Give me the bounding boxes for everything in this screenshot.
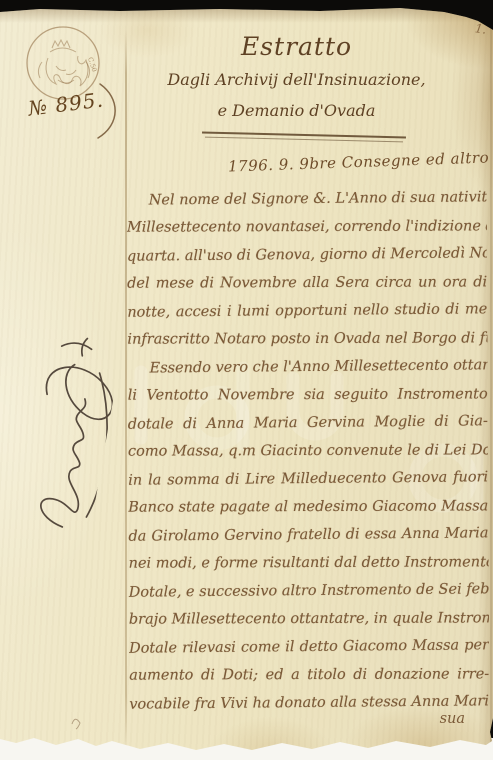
manuscript-line: del mese di Novembre alla Sera circa un …	[127, 268, 487, 297]
document-subtitle-place: e Demanio d'Ovada	[130, 101, 463, 120]
paper-right-edge	[490, 8, 492, 752]
manuscript-line: vocabile fra Vivi ha donato alla stessa …	[129, 687, 489, 718]
stray-ink-mark	[70, 714, 82, 730]
manuscript-line: li Ventotto Novembre sia seguito Instrom…	[128, 380, 488, 409]
manuscript-line: Dotale rilevasi come il detto Giacomo Ma…	[129, 631, 489, 662]
manuscript-line: Essendo vero che l'Anno Millesettecento …	[127, 351, 487, 382]
manuscript-line: Millesettecento novantasei, correndo l'i…	[127, 212, 487, 241]
margin-signature	[0, 314, 125, 541]
manuscript-line: nei modi, e forme risultanti dal detto I…	[129, 548, 489, 577]
manuscript-line: brajo Millesettecento ottantatre, in qua…	[129, 604, 489, 633]
registry-flourish	[94, 80, 124, 142]
manuscript-line: quarta. all'uso di Genova, giorno di Mer…	[127, 239, 487, 270]
manuscript-line: Dotale, e successivo altro Instromento d…	[129, 575, 489, 606]
catchword: sua	[440, 711, 465, 727]
manuscript-line: infrascritto Notaro posto in Ovada nel B…	[127, 324, 487, 353]
manuscript-line: Nel nome del Signore &. L'Anno di sua na…	[127, 183, 487, 214]
manuscript-scan: C.50 № 895. 1. Estratto Dagli Archivij d…	[0, 0, 493, 760]
document-subtitle-archive: Dagli Archivij dell'Insinuazione,	[130, 70, 463, 89]
manuscript-paper: C.50 № 895. 1. Estratto Dagli Archivij d…	[0, 8, 493, 752]
manuscript-line: aumento di Doti; ed a titolo di donazion…	[129, 660, 489, 689]
manuscript-line: dotale di Anna Maria Gervina Moglie di G…	[128, 407, 488, 438]
manuscript-line: como Massa, q.m Giacinto convenute le di…	[128, 436, 488, 465]
page-number: 1.	[474, 21, 487, 36]
manuscript-line: in la somma di Lire Milleduecento Genova…	[128, 463, 488, 494]
manuscript-line: da Girolamo Gervino fratello di essa Ann…	[128, 519, 488, 550]
manuscript-line: notte, accesi i lumi opportuni nello stu…	[127, 295, 487, 326]
date-line: 1796. 9. 9bre Consegne ed altro	[228, 148, 490, 175]
manuscript-line: Banco state pagate al medesimo Giacomo M…	[128, 492, 488, 521]
manuscript-body: Nel nome del Signore &. L'Anno di sua na…	[127, 184, 490, 718]
document-title: Estratto	[130, 32, 463, 61]
